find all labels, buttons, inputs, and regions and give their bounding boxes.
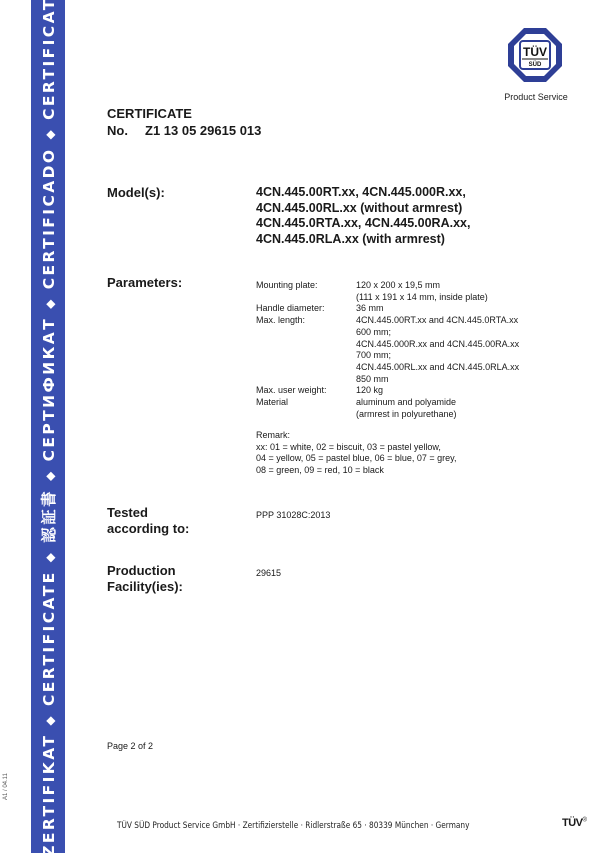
param-value-line: 120 x 200 x 19,5 mm — [356, 280, 519, 292]
param-value-line: aluminum and polyamide — [356, 397, 519, 409]
page-indicator: Page 2 of 2 — [107, 741, 153, 751]
tuv-sud-logo-icon: TÜV SÜD — [508, 28, 562, 82]
model-line: 4CN.445.0RTA.xx, 4CN.445.00RA.xx, — [256, 216, 470, 232]
diamond-icon: ◆ — [43, 127, 57, 139]
footer-logo-text: TÜV — [562, 817, 583, 829]
param-value-line: 4CN.445.00RT.xx and 4CN.445.0RTA.xx — [356, 315, 519, 327]
param-value: 36 mm — [356, 303, 519, 315]
tested-label-line: Tested — [107, 505, 189, 521]
param-value: 120 kg — [356, 385, 519, 397]
svg-text:SÜD: SÜD — [529, 61, 542, 68]
certificate-number-value: Z1 13 05 29615 013 — [145, 123, 261, 138]
footer-tuv-logo: TÜV® — [562, 817, 586, 829]
param-key: Material — [256, 397, 356, 420]
param-value-line: 700 mm; — [356, 350, 519, 362]
param-value-line: 600 mm; — [356, 327, 519, 339]
footer-address: TÜV SÜD Product Service GmbH · Zertifizi… — [117, 821, 469, 831]
model-line: 4CN.445.0RLA.xx (with armrest) — [256, 232, 470, 248]
models-list: 4CN.445.00RT.xx, 4CN.445.000R.xx, 4CN.44… — [256, 185, 470, 247]
production-label: Production Facility(ies): — [107, 563, 183, 595]
diamond-icon: ◆ — [43, 297, 57, 309]
certificate-number: No.Z1 13 05 29615 013 — [107, 123, 261, 138]
certificate-title: CERTIFICATE — [107, 106, 192, 121]
param-row-handle-diameter: Handle diameter: 36 mm — [256, 303, 519, 315]
certificate-number-label: No. — [107, 123, 145, 138]
parameters-label: Parameters: — [107, 275, 182, 291]
param-key: Mounting plate: — [256, 280, 356, 303]
param-value: 4CN.445.00RT.xx and 4CN.445.0RTA.xx 600 … — [356, 315, 519, 385]
model-line: 4CN.445.00RL.xx (without armrest) — [256, 201, 470, 217]
remark-block: Remark: xx: 01 = white, 02 = biscuit, 03… — [256, 430, 456, 477]
tested-label-line: according to: — [107, 521, 189, 537]
band-segment: СЕРТИФИКАТ — [40, 316, 58, 460]
diamond-icon: ◆ — [43, 713, 57, 725]
remark-line: xx: 01 = white, 02 = biscuit, 03 = paste… — [256, 442, 456, 454]
remark-line: 08 = green, 09 = red, 10 = black — [256, 465, 456, 477]
param-value: 120 x 200 x 19,5 mm (111 x 191 x 14 mm, … — [356, 280, 519, 303]
param-key: Max. user weight: — [256, 385, 356, 397]
remark-line: 04 = yellow, 05 = pastel blue, 06 = blue… — [256, 453, 456, 465]
side-band-text: ZERTIFIKAT◆CERTIFICATE◆認証書◆СЕРТИФИКАТ◆CE… — [37, 0, 59, 856]
production-label-line: Facility(ies): — [107, 579, 183, 595]
models-label: Model(s): — [107, 185, 165, 201]
band-segment: CERTIFICATE — [40, 570, 58, 706]
param-row-mounting-plate: Mounting plate: 120 x 200 x 19,5 mm (111… — [256, 280, 519, 303]
param-value-line: 4CN.445.00RL.xx and 4CN.445.0RLA.xx — [356, 362, 519, 374]
production-label-line: Production — [107, 563, 183, 579]
param-row-max-user-weight: Max. user weight: 120 kg — [256, 385, 519, 397]
registered-icon: ® — [583, 817, 587, 823]
logo-caption: Product Service — [481, 92, 591, 102]
parameters-table: Mounting plate: 120 x 200 x 19,5 mm (111… — [256, 280, 519, 420]
param-value-line: 4CN.445.000R.xx and 4CN.445.00RA.xx — [356, 339, 519, 351]
svg-text:TÜV: TÜV — [523, 44, 547, 59]
band-segment: CERTIFICADO — [40, 147, 58, 289]
remark-label: Remark: — [256, 430, 456, 442]
param-value: aluminum and polyamide (armrest in polyu… — [356, 397, 519, 420]
param-row-material: Material aluminum and polyamide (armrest… — [256, 397, 519, 420]
param-value-line: 850 mm — [356, 374, 519, 386]
band-segment: CERTIFICAT — [40, 0, 58, 119]
param-value-line: 36 mm — [356, 303, 519, 315]
param-value-line: 120 kg — [356, 385, 519, 397]
diamond-icon: ◆ — [43, 550, 57, 562]
param-key: Max. length: — [256, 315, 356, 385]
band-segment: 認証書 — [40, 488, 58, 542]
param-key: Handle diameter: — [256, 303, 356, 315]
tested-standard: PPP 31028C:2013 — [256, 510, 330, 520]
param-value-line: (111 x 191 x 14 mm, inside plate) — [356, 292, 519, 304]
diamond-icon: ◆ — [43, 469, 57, 481]
model-line: 4CN.445.00RT.xx, 4CN.445.000R.xx, — [256, 185, 470, 201]
production-facility: 29615 — [256, 568, 281, 578]
tested-label: Tested according to: — [107, 505, 189, 537]
param-value-line: (armrest in polyurethane) — [356, 409, 519, 421]
side-band: ZERTIFIKAT◆CERTIFICATE◆認証書◆СЕРТИФИКАТ◆CE… — [31, 0, 65, 853]
edition-mark: A1 / 04.11 — [3, 773, 9, 800]
band-segment: ZERTIFIKAT — [40, 733, 58, 856]
param-row-max-length: Max. length: 4CN.445.00RT.xx and 4CN.445… — [256, 315, 519, 385]
